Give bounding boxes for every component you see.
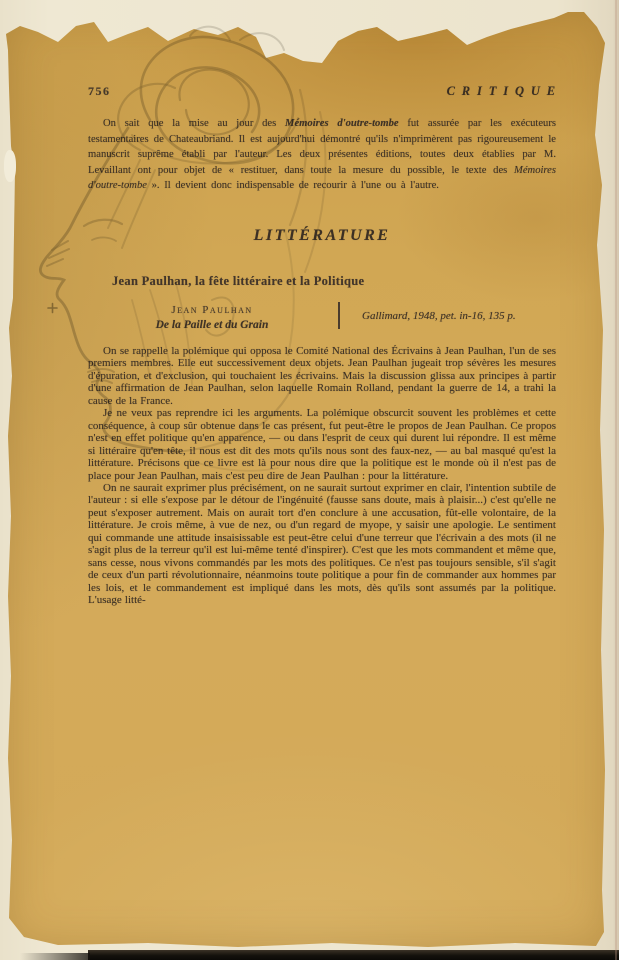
article-paragraph: On se rappelle la polémique qui opposa l…	[88, 345, 556, 407]
scan-bottom-shadow-fade	[20, 953, 90, 960]
editorial-note-text: ». Il devient donc indispensable de reco…	[147, 180, 439, 191]
citation-author: Jean Paulhan	[88, 304, 336, 316]
editorial-note-text: On sait que la mise au jour des	[103, 118, 285, 129]
citation-work: De la Paille et du Grain	[88, 319, 336, 331]
book-citation: Jean Paulhan De la Paille et du Grain Ga…	[88, 302, 556, 331]
page-number: 756	[88, 84, 111, 99]
article-paragraph: On ne saurait exprimer plus précisément,…	[88, 482, 556, 607]
editorial-note: On sait que la mise au jour des Mémoires…	[88, 116, 556, 194]
citation-left: Jean Paulhan De la Paille et du Grain	[88, 302, 336, 331]
printed-content: 756 CRITIQUE On sait que la mise au jour…	[88, 84, 556, 606]
article-paragraph: Je ne veux pas reprendre ici les argumen…	[88, 407, 556, 482]
article-title: Jean Paulhan, la fête littéraire et la P…	[88, 274, 556, 289]
scan-mat-edge	[615, 0, 617, 960]
citation-imprint: Gallimard, 1948, pet. in-16, 135 p.	[340, 302, 556, 331]
scanned-page: 756 CRITIQUE On sait que la mise au jour…	[0, 0, 619, 960]
section-heading: LITTÉRATURE	[88, 227, 556, 245]
scan-bottom-shadow	[88, 950, 619, 960]
work-title-italic: Mémoires d'outre-tombe	[285, 118, 399, 129]
article-body: On se rappelle la polémique qui opposa l…	[88, 345, 556, 607]
torn-edge-chip	[4, 150, 16, 182]
journal-title: CRITIQUE	[447, 84, 562, 99]
running-header: 756 CRITIQUE	[88, 84, 556, 99]
